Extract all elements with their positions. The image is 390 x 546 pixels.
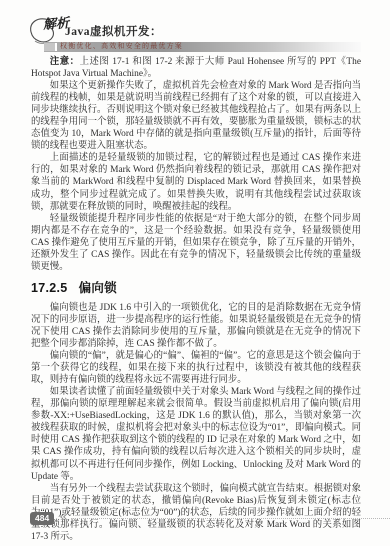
body-paragraph: 上面描述的是轻量级锁的加锁过程，它的解锁过程也是通过 CAS 操作来进行的，如果…	[31, 152, 361, 212]
body-paragraph: 偏向锁也是 JDK 1.6 中引入的一项锁优化，它的目的是消除数据在无竞争情况下…	[31, 302, 361, 350]
section-heading: 17.2.5偏向锁	[31, 282, 361, 294]
page-footer: 484 «	[30, 511, 390, 525]
text-column: 注意：上述图 17-1 和图 17-2 来源于大师 Paul Hohensee …	[31, 56, 361, 543]
section-number: 17.2.5	[31, 281, 68, 295]
note-paragraph: 注意：上述图 17-1 和图 17-2 来源于大师 Paul Hohensee …	[31, 56, 361, 80]
body-paragraph: 偏向锁的“偏”，就是偏心的“偏”、偏袒的“偏”。它的意思是这个锁会偏向于第一个获…	[31, 350, 361, 386]
note-text: 上述图 17-1 和图 17-2 来源于大师 Paul Hohensee 所写的…	[31, 57, 361, 79]
tagline-bar: 权衡优化、高效和安全的最优方案	[44, 42, 361, 52]
section-title: 偏向锁	[79, 281, 117, 295]
book-title: Java虚拟机开发：	[65, 23, 162, 39]
body-paragraph: 如果这个更新操作失败了，虚拟机首先会检查对象的 Mark Word 是否指向当前…	[31, 80, 361, 152]
book-tagline: 权衡优化、高效和安全的最优方案	[60, 42, 183, 52]
footer-dotted-divider	[71, 518, 390, 519]
double-chevron-left-icon: «	[59, 512, 68, 522]
book-page: 解析 Java虚拟机开发： 权衡优化、高效和安全的最优方案 注意：上述图 17-…	[0, 0, 390, 546]
body-paragraph: 轻量级锁能提升程序同步性能的依据是“对于绝大部分的锁，在整个同步周期内都是不存在…	[31, 213, 361, 273]
note-label: 注意：	[50, 57, 80, 67]
page-header: 解析 Java虚拟机开发： 权衡优化、高效和安全的最优方案	[0, 0, 390, 54]
page-number-badge: 484	[30, 512, 54, 525]
body-paragraph: 如果读者读懂了前面轻量级锁中关于对象头 Mark Word 与线程之间的操作过程…	[31, 386, 361, 482]
